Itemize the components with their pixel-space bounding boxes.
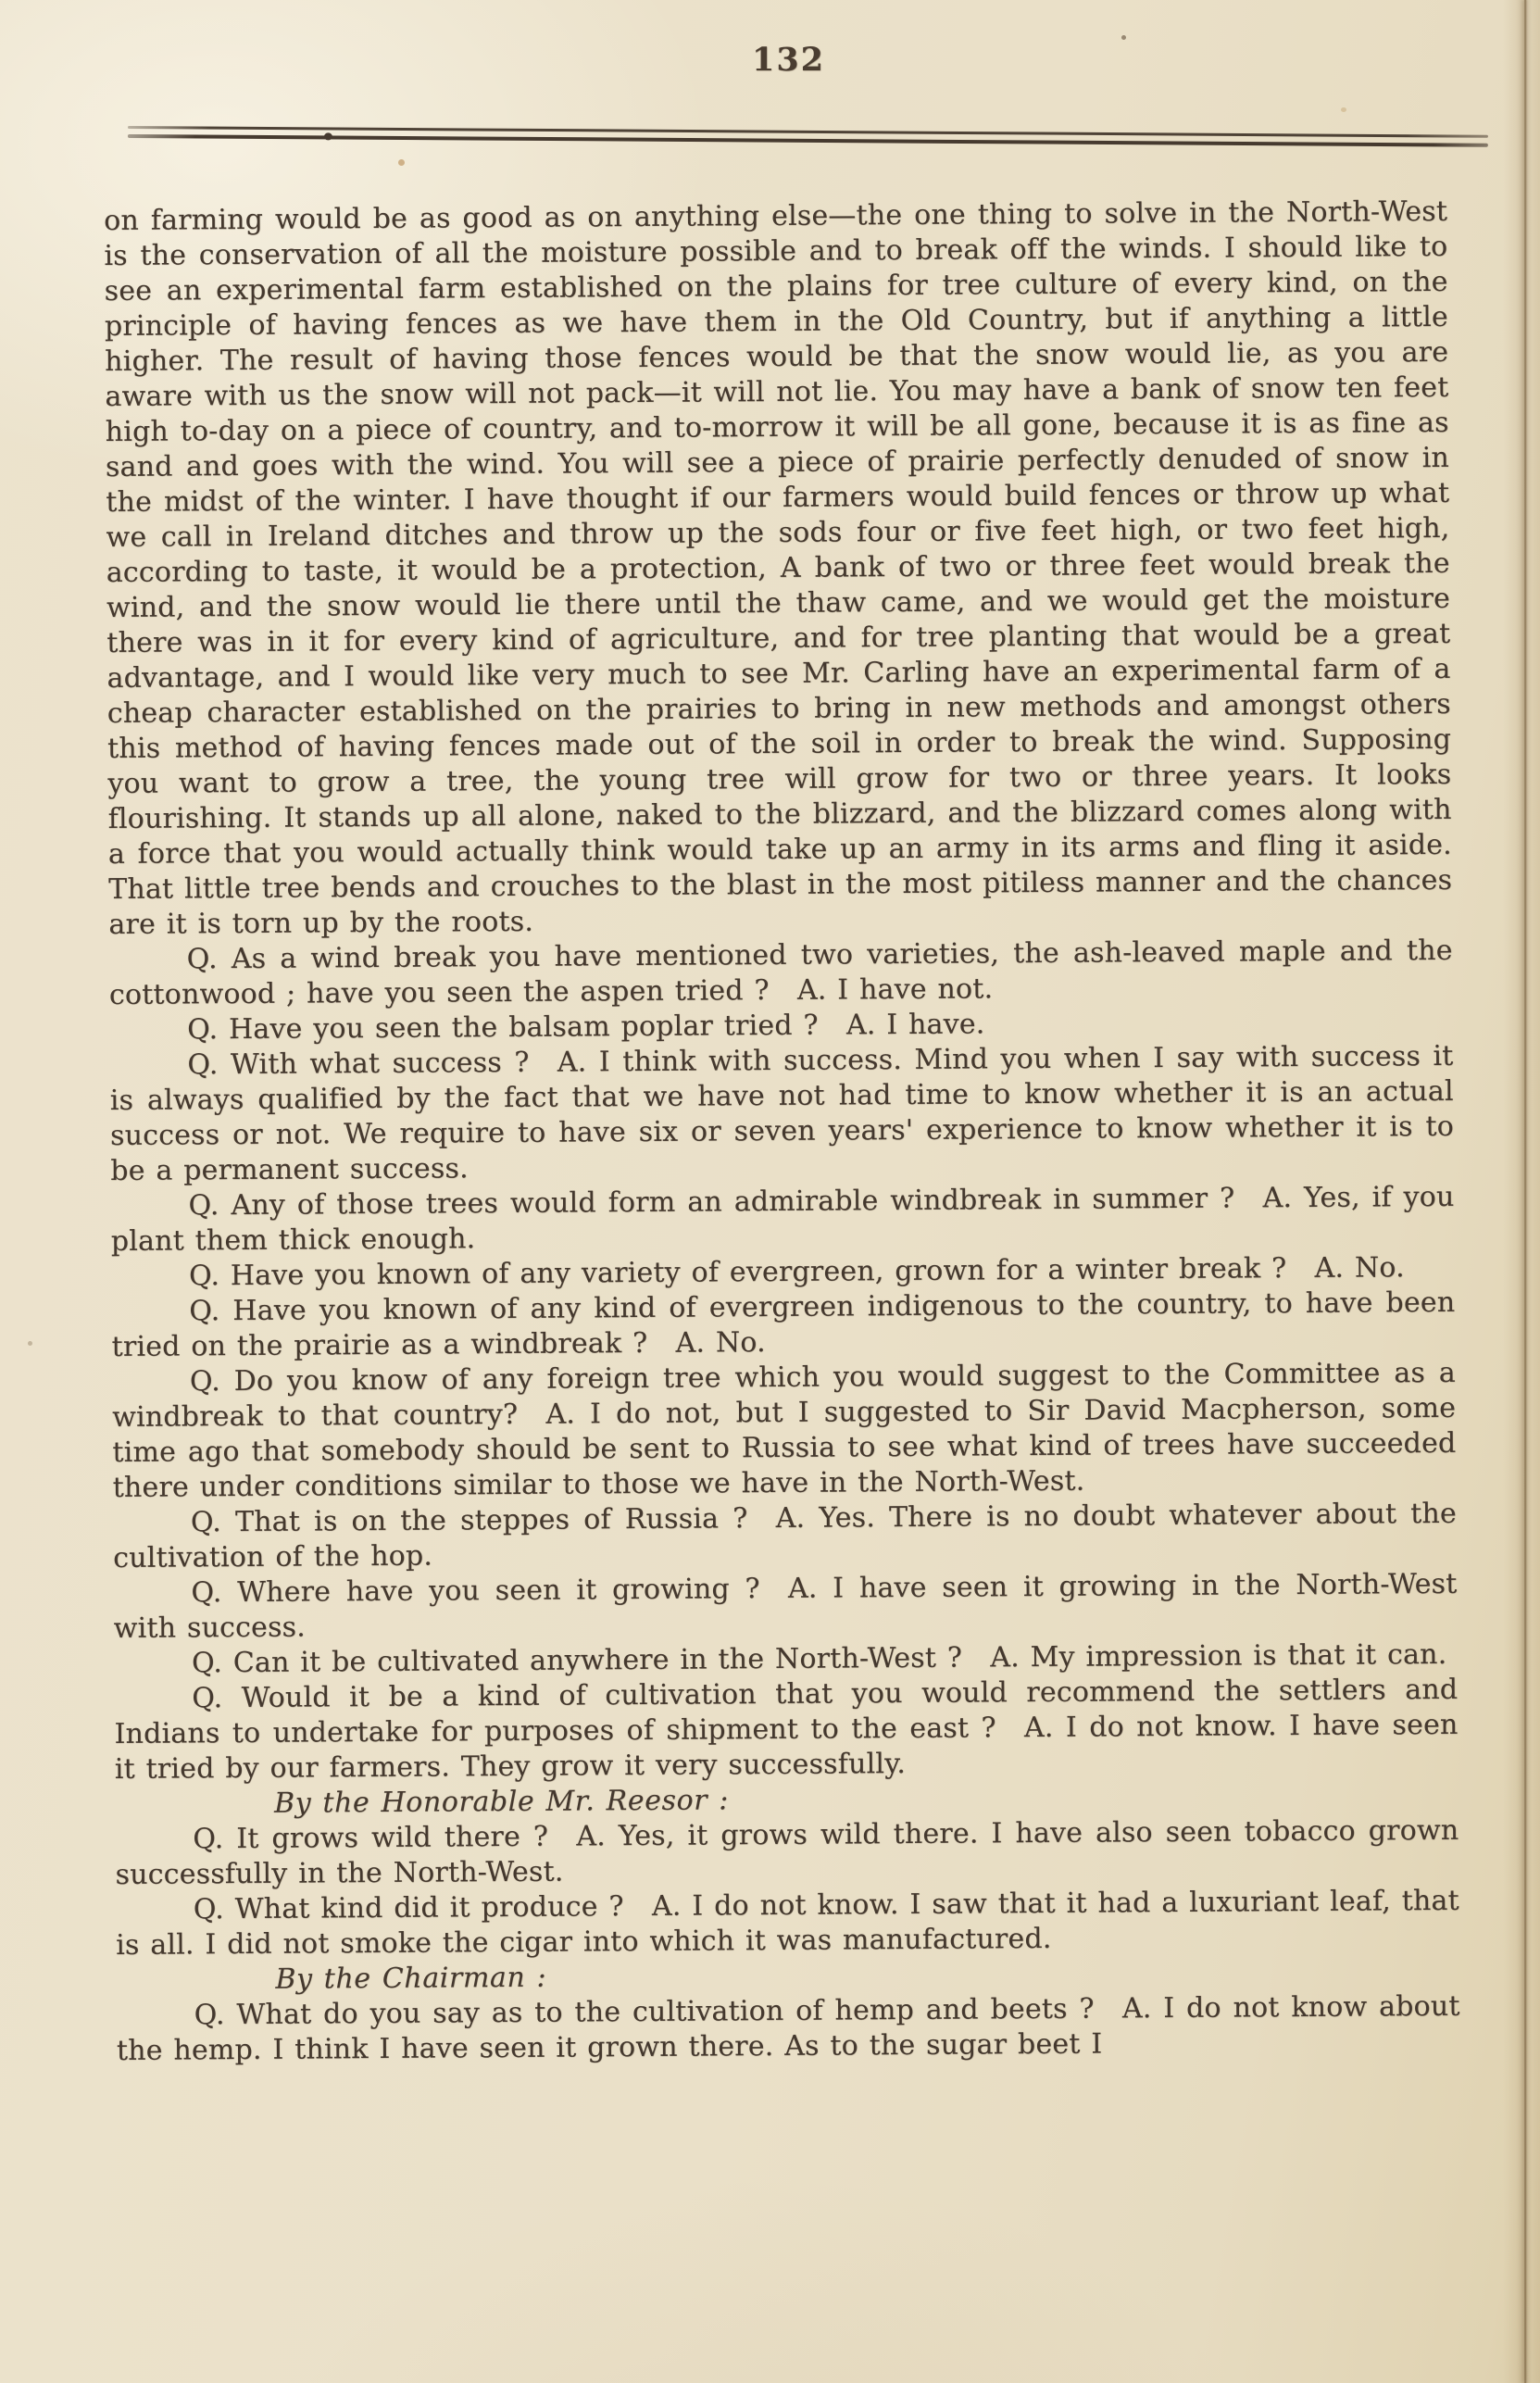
qa-paragraph: Q. That is on the steppes of Russia ? A.… <box>113 1497 1457 1576</box>
page-number: 132 <box>111 41 1466 79</box>
qa-paragraph: Q. Where have you seen it growing ? A. I… <box>113 1567 1457 1647</box>
divider-rule <box>128 126 1488 147</box>
page-edge <box>1503 0 1540 2383</box>
paper-blemish <box>1121 35 1126 40</box>
qa-paragraph: Q. Do you know of any foreign tree which… <box>112 1356 1457 1506</box>
scanned-page: 132 on farming would be as good as on an… <box>0 0 1540 2383</box>
qa-paragraph: Q. What do you say as to the cultivation… <box>117 1989 1460 2069</box>
paper-blemish <box>398 159 405 166</box>
qa-paragraph: Q. As a wind break you have mentioned tw… <box>109 934 1453 1013</box>
page-edge-crease <box>1524 0 1526 2383</box>
body-paragraph: on farming would be as good as on anythi… <box>104 194 1453 943</box>
qa-paragraph: Q. Any of those trees would form an admi… <box>110 1180 1454 1260</box>
page-text-block: on farming would be as good as on anythi… <box>104 194 1460 2069</box>
qa-paragraph: Q. It grows wild there ? A. Yes, it grow… <box>115 1813 1459 1893</box>
qa-paragraph: Q. With what success ? A. I think with s… <box>109 1039 1454 1189</box>
qa-paragraph: Q. Have you known of any kind of evergre… <box>111 1286 1455 1365</box>
ink-blob <box>324 132 332 140</box>
paper-blemish <box>1341 107 1346 112</box>
qa-paragraph: Q. What kind did it produce ? A. I do no… <box>116 1884 1459 1963</box>
qa-paragraph: Q. Would it be a kind of cultivation tha… <box>114 1673 1459 1787</box>
paper-blemish <box>28 1341 32 1346</box>
